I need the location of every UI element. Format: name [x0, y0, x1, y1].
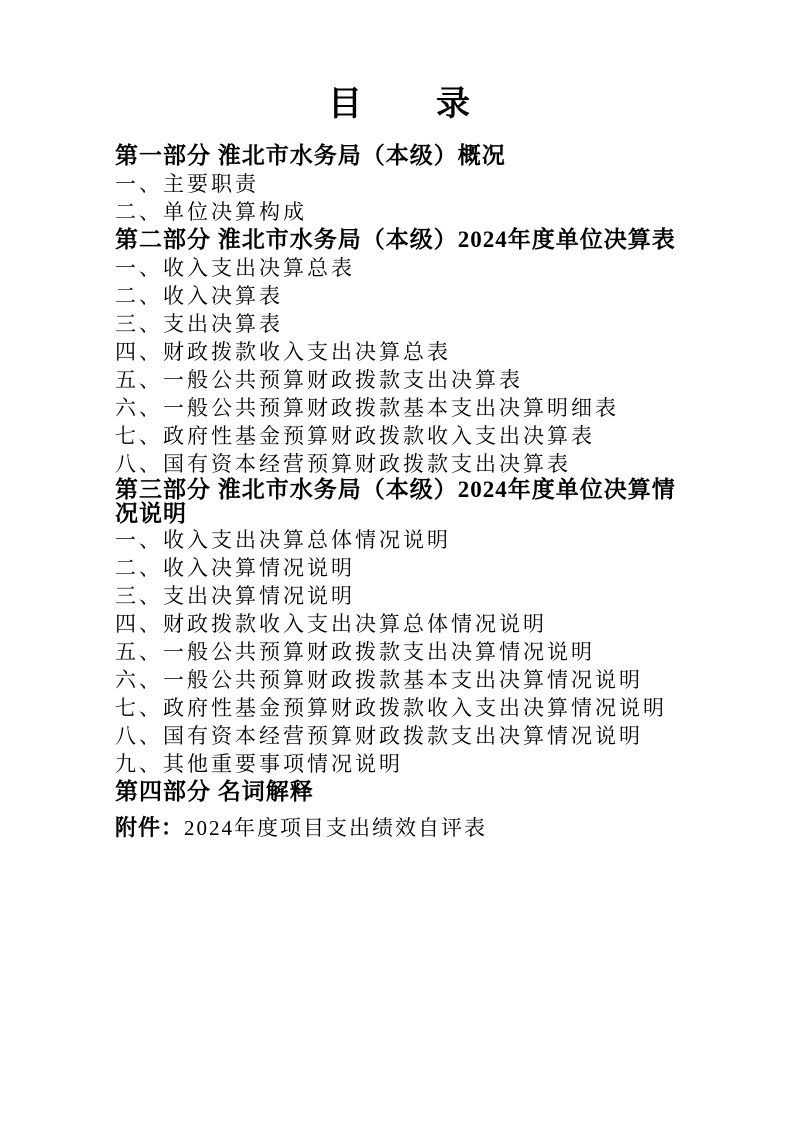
toc-entry: 一、收入支出决算总体情况说明 [115, 526, 693, 554]
document-page: 目 录 第一部分 淮北市水务局（本级）概况 一、主要职责 二、单位决算构成 第二… [0, 0, 793, 1122]
toc-entry: 三、支出决算情况说明 [115, 582, 693, 610]
toc-entry: 四、财政拨款收入支出决算总表 [115, 338, 693, 366]
toc-entry: 四、财政拨款收入支出决算总体情况说明 [115, 610, 693, 638]
toc-entry: 八、国有资本经营预算财政拨款支出决算表 [115, 450, 693, 478]
toc-entry: 七、政府性基金预算财政拨款收入支出决算情况说明 [115, 694, 693, 722]
page-title: 目 录 [107, 84, 693, 126]
toc-entry: 六、一般公共预算财政拨款基本支出决算明细表 [115, 394, 693, 422]
attachment-label: 附件： [115, 815, 184, 840]
toc-entry: 九、其他重要事项情况说明 [115, 750, 693, 778]
toc-section-heading-part1: 第一部分 淮北市水务局（本级）概况 [115, 142, 693, 170]
toc-entry: 二、收入决算情况说明 [115, 554, 693, 582]
toc-entry: 五、一般公共预算财政拨款支出决算表 [115, 366, 693, 394]
toc-section-heading-part3: 第三部分 淮北市水务局（本级）2024年度单位决算情况说明 [115, 478, 677, 526]
toc-section-heading-part2: 第二部分 淮北市水务局（本级）2024年度单位决算表 [115, 226, 693, 254]
toc-entry: 一、主要职责 [115, 170, 693, 198]
toc-attachment-line: 附件：2024年度项目支出绩效自评表 [115, 814, 693, 842]
toc-entry: 五、一般公共预算财政拨款支出决算情况说明 [115, 638, 693, 666]
table-of-contents: 第一部分 淮北市水务局（本级）概况 一、主要职责 二、单位决算构成 第二部分 淮… [115, 142, 693, 842]
toc-section-heading-part4: 第四部分 名词解释 [115, 778, 693, 806]
toc-entry: 七、政府性基金预算财政拨款收入支出决算表 [115, 422, 693, 450]
toc-entry: 三、支出决算表 [115, 310, 693, 338]
attachment-text: 2024年度项目支出绩效自评表 [184, 816, 487, 840]
toc-entry: 二、单位决算构成 [115, 198, 693, 226]
toc-entry: 一、收入支出决算总表 [115, 254, 693, 282]
toc-entry: 二、收入决算表 [115, 282, 693, 310]
toc-entry: 六、一般公共预算财政拨款基本支出决算情况说明 [115, 666, 693, 694]
toc-entry: 八、国有资本经营预算财政拨款支出决算情况说明 [115, 722, 693, 750]
